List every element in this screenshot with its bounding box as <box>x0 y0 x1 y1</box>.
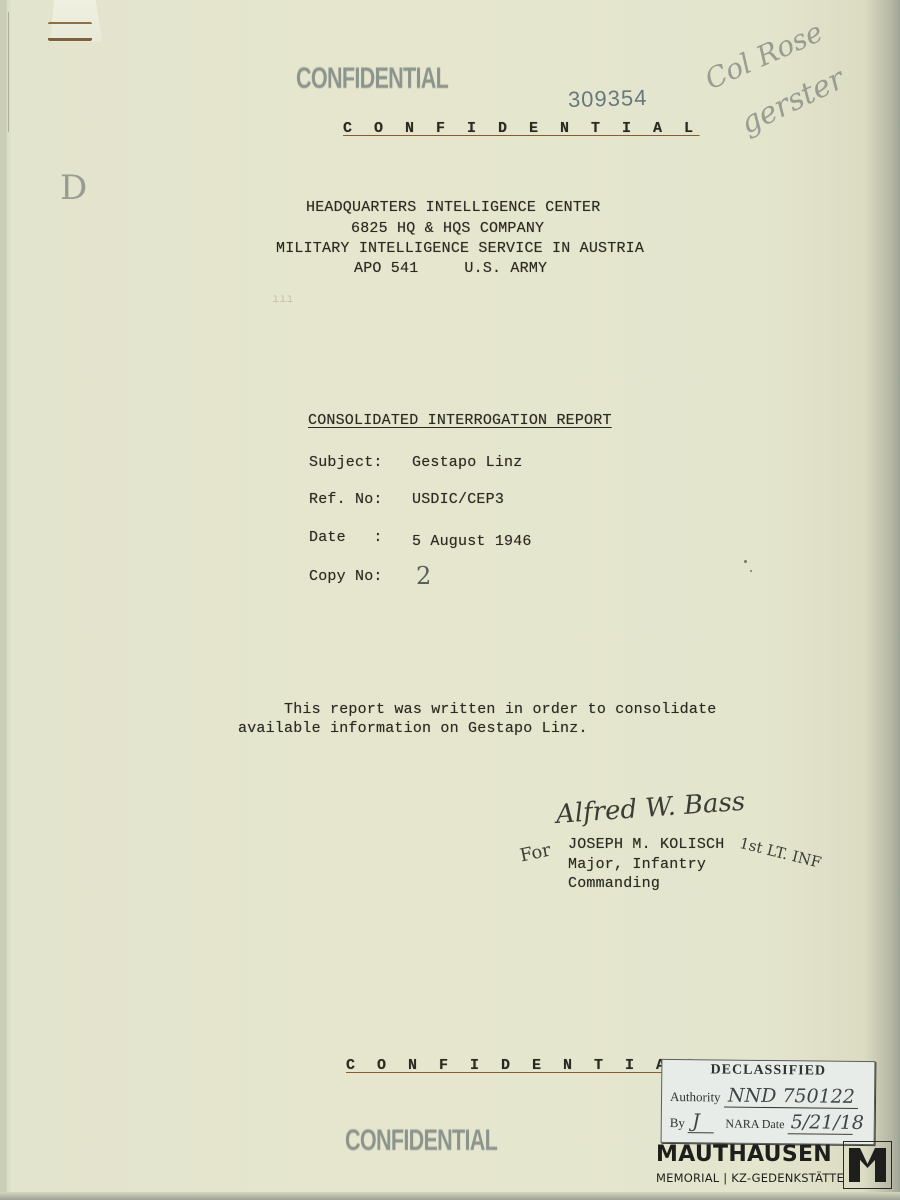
header-line-4: APO 541 U.S. ARMY <box>354 260 547 277</box>
field-subject-label: Subject: <box>309 454 383 471</box>
signatory-name: JOSEPH M. KOLISCH <box>568 836 724 853</box>
authority-value: NND 750122 <box>724 1085 858 1109</box>
mauthausen-memorial-watermark: MAUTHAUSEN MEMORIAL | KZ-GEDENKSTÄTTE <box>654 1140 900 1200</box>
memorial-name: MAUTHAUSEN <box>656 1142 832 1167</box>
nara-date-value: 5/21/18 <box>788 1111 853 1135</box>
scanned-document-page: CONFIDENTIAL 309354 Col Rose gerster C O… <box>0 0 900 1200</box>
field-subject-value: Gestapo Linz <box>412 454 522 471</box>
body-line-2: available information on Gestapo Linz. <box>238 720 588 737</box>
memorial-subtitle: MEMORIAL | KZ-GEDENKSTÄTTE <box>656 1171 844 1185</box>
memorial-m-logo-icon <box>843 1141 892 1189</box>
page-edge <box>8 12 9 132</box>
authority-label: Authority <box>670 1089 721 1105</box>
confidential-stamp-bottom: CONFIDENTIAL <box>345 1124 497 1158</box>
header-line-2: 6825 HQ & HQS COMPANY <box>351 220 544 237</box>
signatory-rank: Major, Infantry <box>568 856 706 873</box>
field-date-label: Date : <box>309 529 383 546</box>
field-ref-label: Ref. No: <box>309 491 383 508</box>
confidential-stamp-top: CONFIDENTIAL <box>296 62 448 96</box>
classification-footer: C O N F I D E N T I A L <box>346 1057 703 1074</box>
faint-offset-mark: ııı <box>272 292 294 306</box>
handwritten-signature: Alfred W. Bass <box>555 787 746 830</box>
body-line-1: This report was written in order to cons… <box>284 701 716 718</box>
classification-header: C O N F I D E N T I A L <box>343 120 700 137</box>
authority-row: Authority NND 750122 <box>670 1084 858 1109</box>
signatory-role: Commanding <box>568 875 660 892</box>
header-line-1: HEADQUARTERS INTELLIGENCE CENTER <box>306 199 600 216</box>
declassified-title: DECLASSIFIED <box>662 1062 874 1080</box>
by-row: By J NARA Date 5/21/18 <box>670 1110 853 1135</box>
staple <box>48 22 92 41</box>
handwritten-rank: 1st LT. INF <box>738 834 823 872</box>
field-date-value: 5 August 1946 <box>412 533 532 550</box>
ink-speck <box>750 570 752 572</box>
report-title: CONSOLIDATED INTERROGATION REPORT <box>308 412 612 429</box>
handwritten-for: For <box>518 840 553 867</box>
field-copy-label: Copy No: <box>309 568 383 585</box>
serial-number-stamp: 309354 <box>568 85 648 113</box>
margin-letter: D <box>60 168 87 208</box>
field-ref-value: USDIC/CEP3 <box>412 491 504 508</box>
header-line-3: MILITARY INTELLIGENCE SERVICE IN AUSTRIA <box>276 240 644 257</box>
ink-speck <box>744 560 747 563</box>
by-label: By <box>670 1115 685 1130</box>
nara-date-label: NARA Date <box>725 1117 784 1132</box>
declassified-label: DECLASSIFIED Authority NND 750122 By J N… <box>661 1059 876 1145</box>
by-value: J <box>688 1110 714 1133</box>
field-copy-value: 2 <box>416 562 431 590</box>
